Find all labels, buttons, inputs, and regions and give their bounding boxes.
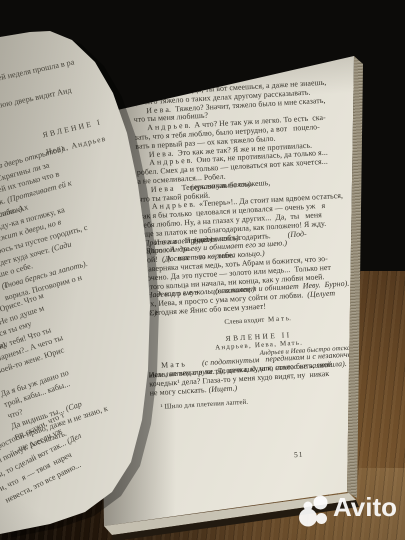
avito-wordmark: Avito (333, 492, 397, 523)
avito-watermark: Avito (296, 489, 397, 529)
page-number: 51 (294, 450, 304, 460)
book-photo: А н д р ь е в. Да, ты вот смеешься, а да… (0, 0, 405, 540)
avito-logo-icon (296, 489, 330, 529)
right-page-text: А н д р ь е в. Да, ты вот смеешься, а да… (132, 77, 374, 413)
